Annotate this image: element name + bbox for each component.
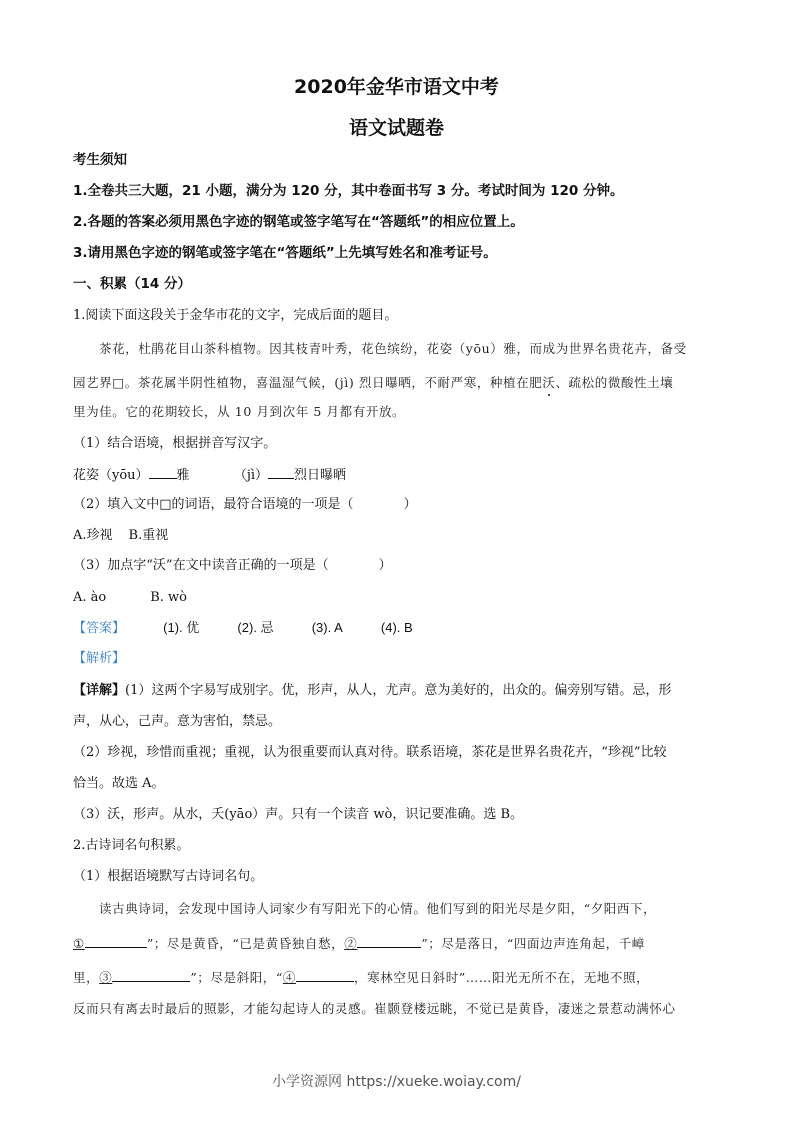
question-2-sub-1: （1）根据语境默写古诗词名句。 bbox=[73, 869, 733, 885]
sub-question-2-prompt: （2）填入文中□的词语，最符合语境的一项是（ bbox=[73, 497, 354, 512]
poem-passage-line-2: ①”；尽是黄昏，“已是黄昏独自愁，②”；尽是落日，“四面边声连角起，千嶂 bbox=[73, 935, 733, 952]
option-a: A. ào bbox=[73, 590, 106, 605]
answer-blank bbox=[85, 935, 147, 948]
pinyin-item-b-suffix: 烈日曝晒 bbox=[294, 468, 346, 483]
answer-blank bbox=[268, 466, 294, 479]
poem-passage-line-3: 里，③”；尽是斜阳，“④，寒林空见日斜时”……阳光无所不在，无地不照， bbox=[73, 969, 733, 986]
notice-item-1: 1.全卷共三大题，21 小题，满分为 120 分，其中卷面书写 3 分。考试时间… bbox=[73, 183, 733, 199]
sub-question-2-options: A.珍视B.重视 bbox=[73, 528, 733, 544]
answer-blank bbox=[112, 969, 190, 982]
poem-passage-line-4: 反而只有离去时最后的照影，才能勾起诗人的灵感。崔颢登楼远眺，不觉已是黄昏，凄迷之… bbox=[73, 1001, 733, 1017]
analysis-line-2: 声，从心，己声。意为害怕，禁忌。 bbox=[73, 714, 733, 730]
notice-item-3: 3.请用黑色字迹的钢笔或签字笔在“答题纸”上先填写姓名和准考证号。 bbox=[73, 245, 733, 261]
paren-close: ） bbox=[379, 558, 392, 573]
notice-item-2: 2.各题的答案必须用黑色字迹的钢笔或签字笔写在“答题纸”的相应位置上。 bbox=[73, 214, 733, 230]
pinyin-item-a-suffix: 雅 bbox=[177, 468, 190, 483]
watermark-footer: 小学资源网 https://xueke.woiay.com/ bbox=[0, 1071, 793, 1091]
analysis-tag: 【解析】 bbox=[73, 651, 733, 667]
exam-page: 2020年金华市语文中考 语文试题卷 考生须知 1.全卷共三大题，21 小题，满… bbox=[0, 0, 793, 1122]
poem-text: 里， bbox=[73, 970, 99, 985]
answer-blank bbox=[149, 466, 177, 479]
dotted-character: 沃 bbox=[542, 375, 555, 390]
pinyin-item-b: （jì） bbox=[234, 468, 268, 483]
paren-close: ） bbox=[404, 497, 417, 512]
section-heading: 一、积累（14 分） bbox=[73, 276, 733, 292]
blank-marker-1: ① bbox=[73, 936, 85, 951]
answer-row: 【答案】 (1). 优 (2). 忌 (3). A (4). B bbox=[73, 620, 733, 637]
blank-marker-2: ② bbox=[344, 936, 357, 951]
answer-blank bbox=[296, 969, 354, 982]
analysis-line-4: 恰当。故选 A。 bbox=[73, 776, 733, 792]
passage-text: 。茶花属半阴性植物，喜温湿气候，(jì) 烈日曝晒，不耐严寒，种植在肥 bbox=[125, 375, 543, 390]
analysis-text: (1）这两个字易写成别字。优，形声，从人，尤声。意为美好的，出众的。偏旁别写错。… bbox=[125, 683, 671, 698]
sub-question-2: （2）填入文中□的词语，最符合语境的一项是（） bbox=[73, 497, 733, 513]
poem-text: ”；尽是落日，“四面边声连角起，千嶂 bbox=[421, 936, 645, 951]
sub-question-3-prompt: （3）加点字“沃”在文中读音正确的一项是（ bbox=[73, 558, 329, 573]
answer-item-3: (3). A bbox=[312, 620, 343, 636]
answer-blank bbox=[357, 935, 421, 948]
answer-tag: 【答案】 bbox=[73, 621, 125, 637]
poem-passage-line-1: 读古典诗词，会发现中国诗人词家少有写阳光下的心情。他们写到的阳光尽是夕阳，“夕阳… bbox=[99, 901, 759, 917]
page-title: 2020年金华市语文中考 bbox=[0, 72, 793, 99]
blank-marker-4: ④ bbox=[283, 970, 296, 985]
analysis-line-3: （2）珍视，珍惜而重视；重视，认为很重要而认真对待。联系语境，茶花是世界名贵花卉… bbox=[73, 745, 733, 761]
detail-tag: 【详解】 bbox=[73, 683, 125, 698]
passage-text: 、疏松的微酸性土壤 bbox=[555, 375, 673, 390]
answer-item-2: (2). 忌 bbox=[237, 620, 273, 636]
question-1-prompt: 1.阅读下面这段关于金华市花的文字，完成后面的题目。 bbox=[73, 308, 733, 324]
poem-text: ，寒林空见日斜时”……阳光无所不在，无地不照， bbox=[354, 970, 649, 985]
passage-line-1: 茶花，杜鹃花目山茶科植物。因其枝青叶秀，花色缤纷，花姿（yōu）雅，而成为世界名… bbox=[99, 341, 759, 357]
sub-question-1: （1）结合语境，根据拼音写汉字。 bbox=[73, 436, 733, 452]
answer-item-1: (1). 优 bbox=[163, 620, 199, 636]
question-2-prompt: 2.古诗词名句积累。 bbox=[73, 838, 733, 854]
answer-item-4: (4). B bbox=[381, 620, 413, 636]
notice-heading: 考生须知 bbox=[73, 152, 733, 168]
passage-line-3: 里为佳。它的花期较长，从 10 月到次年 5 月都有开放。 bbox=[73, 404, 733, 420]
blank-box: □ bbox=[112, 375, 124, 390]
pinyin-item-a: 花姿（yōu） bbox=[73, 468, 149, 483]
passage-text: 园艺界 bbox=[73, 375, 112, 390]
analysis-line-5: （3）沃，形声。从水，夭(yāo）声。只有一个读音 wò，识记要准确。选 B。 bbox=[73, 807, 733, 823]
sub-question-1-items: 花姿（yōu）雅 （jì）烈日曝晒 bbox=[73, 466, 733, 484]
blank-marker-3: ③ bbox=[99, 970, 112, 985]
option-b: B. wò bbox=[150, 590, 187, 605]
option-a: A.珍视 bbox=[73, 528, 113, 543]
passage-line-2: 园艺界□。茶花属半阴性植物，喜温湿气候，(jì) 烈日曝晒，不耐严寒，种植在肥沃… bbox=[73, 375, 733, 391]
analysis-line-1: 【详解】(1）这两个字易写成别字。优，形声，从人，尤声。意为美好的，出众的。偏旁… bbox=[73, 683, 733, 699]
page-subtitle: 语文试题卷 bbox=[0, 113, 793, 140]
sub-question-3: （3）加点字“沃”在文中读音正确的一项是（） bbox=[73, 558, 733, 574]
sub-question-3-options: A. àoB. wò bbox=[73, 590, 733, 606]
poem-text: ”；尽是黄昏，“已是黄昏独自愁， bbox=[147, 936, 344, 951]
poem-text: ”；尽是斜阳，“ bbox=[190, 970, 283, 985]
option-b: B.重视 bbox=[129, 528, 169, 543]
